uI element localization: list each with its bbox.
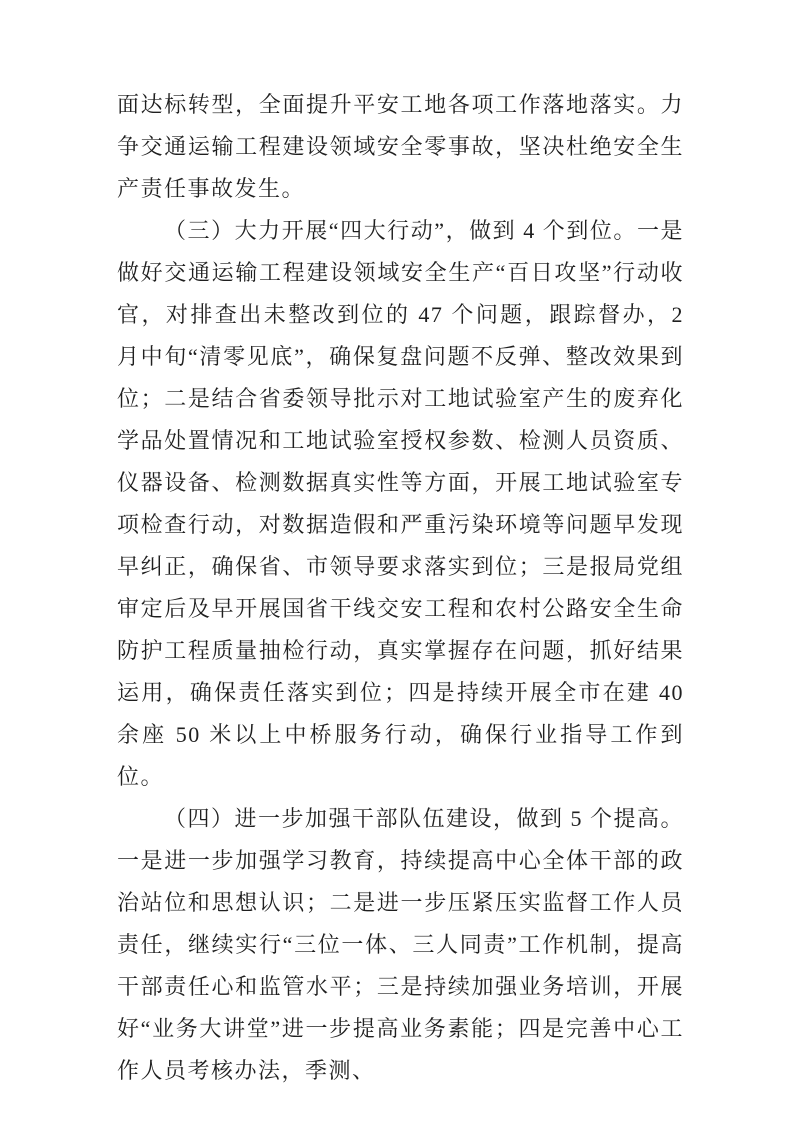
paragraph-section-three: （三）大力开展“四大行动”，做到 4 个到位。一是做好交通运输工程建设领域安全生… [117, 210, 684, 798]
paragraph-section-four: （四）进一步加强干部队伍建设，做到 5 个提高。一是进一步加强学习教育，持续提高… [117, 798, 684, 1092]
document-page: 面达标转型，全面提升平安工地各项工作落地落实。力争交通运输工程建设领域安全零事故… [0, 0, 793, 1122]
document-body: 面达标转型，全面提升平安工地各项工作落地落实。力争交通运输工程建设领域安全零事故… [117, 84, 684, 1092]
paragraph-continuation: 面达标转型，全面提升平安工地各项工作落地落实。力争交通运输工程建设领域安全零事故… [117, 84, 684, 210]
